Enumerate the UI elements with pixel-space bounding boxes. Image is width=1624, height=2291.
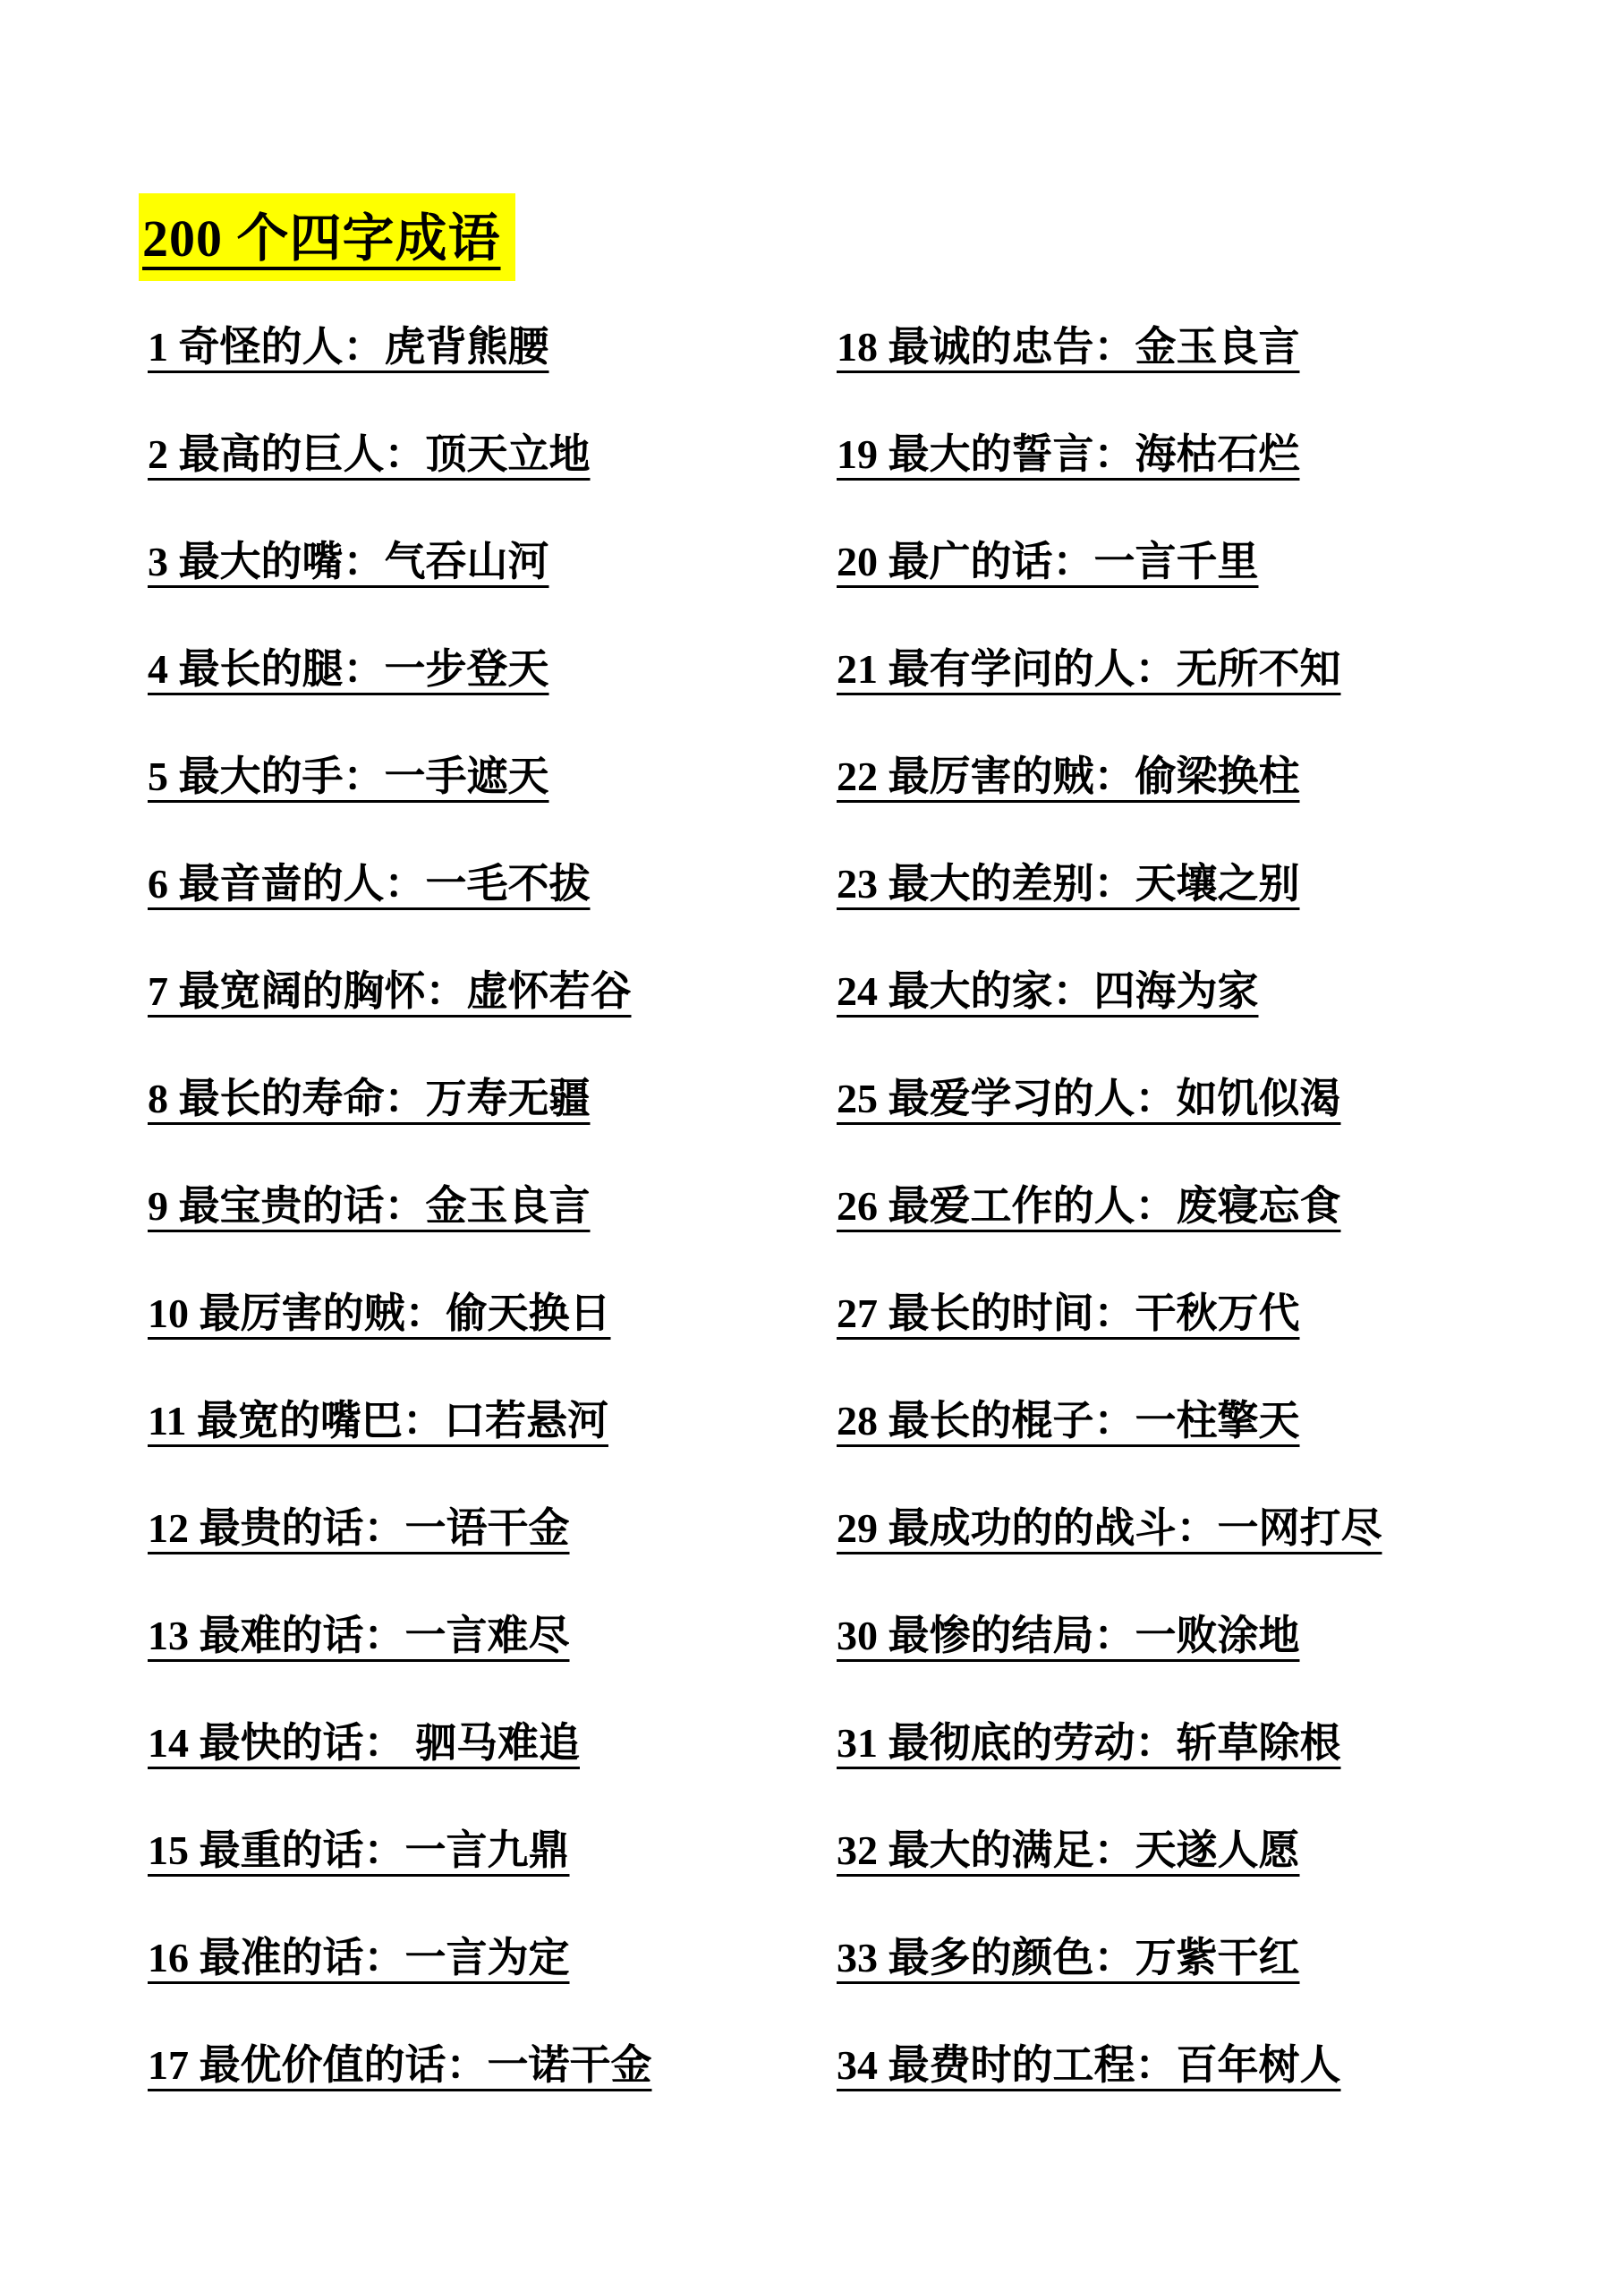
entry-text: 21 最有学问的人：无所不知 [837, 646, 1341, 692]
idiom-entry: 13 最难的话：一言难尽 [148, 1614, 917, 1657]
entry-text: 30 最惨的结局：一败涂地 [837, 1613, 1300, 1658]
idiom-entry: 18 最诚的忠告：金玉良言 [837, 326, 1606, 368]
idiom-entry: 32 最大的满足：天遂人愿 [837, 1829, 1606, 1871]
entry-text: 19 最大的誓言：海枯石烂 [837, 431, 1300, 477]
idiom-entry: 16 最准的话：一言为定 [148, 1937, 917, 1979]
entry-text: 8 最长的寿命：万寿无疆 [148, 1076, 591, 1121]
page-title: 200 个四字成语 [139, 193, 515, 281]
document-page: 200 个四字成语 1 奇怪的人：虎背熊腰 2 最高的巨人：顶天立地 3 最大的… [0, 0, 1624, 2291]
idiom-entry: 27 最长的时间：干秋万代 [837, 1292, 1606, 1334]
idiom-entry: 5 最大的手：一手遮天 [148, 755, 917, 797]
idiom-entry: 4 最长的腿：一步登天 [148, 648, 917, 690]
entry-text: 23 最大的差别：天壤之别 [837, 861, 1300, 907]
idiom-entry: 24 最大的家：四海为家 [837, 970, 1606, 1012]
idiom-entry: 33 最多的颜色：万紫干红 [837, 1937, 1606, 1979]
entry-text: 16 最准的话：一言为定 [148, 1935, 570, 1980]
entry-text: 24 最大的家：四海为家 [837, 968, 1259, 1014]
idiom-entry: 23 最大的差别：天壤之别 [837, 863, 1606, 905]
entry-text: 31 最彻底的劳动：斩草除根 [837, 1720, 1341, 1766]
page-title-highlight: 200 个四字成语 [139, 193, 515, 281]
idiom-entry: 30 最惨的结局：一败涂地 [837, 1614, 1606, 1657]
entry-text: 17 最优价值的话：一诺干金 [148, 2042, 652, 2088]
entry-text: 2 最高的巨人：顶天立地 [148, 431, 591, 477]
idiom-entry: 21 最有学问的人：无所不知 [837, 648, 1606, 690]
idiom-entry: 3 最大的嘴：气吞山河 [148, 541, 917, 583]
idiom-entry: 19 最大的誓言：海枯石烂 [837, 433, 1606, 475]
idiom-entry: 10 最厉害的贼：偷天换日 [148, 1292, 917, 1334]
entry-text: 13 最难的话：一言难尽 [148, 1613, 570, 1658]
entry-text: 3 最大的嘴：气吞山河 [148, 539, 549, 584]
entry-text: 32 最大的满足：天遂人愿 [837, 1827, 1300, 1873]
entry-text: 29 最成功的的战斗：一网打尽 [837, 1505, 1382, 1551]
entry-text: 9 最宝贵的话：金玉良言 [148, 1183, 591, 1229]
idiom-entry: 2 最高的巨人：顶天立地 [148, 433, 917, 475]
entry-text: 4 最长的腿：一步登天 [148, 646, 549, 692]
entry-text: 34 最费时的工程：百年树人 [837, 2042, 1341, 2088]
idioms-right-column: 18 最诚的忠告：金玉良言 19 最大的誓言：海枯石烂 20 最广的话：一言千里… [837, 326, 1606, 2151]
idiom-entry: 11 最宽的嘴巴：口若悬河 [148, 1400, 917, 1442]
idiom-entry: 7 最宽阔的胸怀：虚怀若谷 [148, 970, 917, 1012]
entry-text: 7 最宽阔的胸怀：虚怀若谷 [148, 968, 632, 1014]
entry-text: 28 最长的棍子：一柱擎天 [837, 1398, 1300, 1444]
entry-text: 26 最爱工作的人：废寝忘食 [837, 1183, 1341, 1229]
idiom-entry: 1 奇怪的人：虎背熊腰 [148, 326, 917, 368]
idiom-entry: 15 最重的话：一言九鼎 [148, 1829, 917, 1871]
entry-text: 15 最重的话：一言九鼎 [148, 1827, 570, 1873]
entry-text: 20 最广的话：一言千里 [837, 539, 1259, 584]
idiom-entry: 22 最厉害的贼：偷梁换柱 [837, 755, 1606, 797]
idiom-entry: 17 最优价值的话：一诺干金 [148, 2044, 917, 2086]
idiom-entry: 25 最爱学习的人：如饥似渴 [837, 1077, 1606, 1120]
entry-text: 6 最音啬的人：一毛不拔 [148, 861, 591, 907]
idiom-entry: 34 最费时的工程：百年树人 [837, 2044, 1606, 2086]
idiom-entry: 8 最长的寿命：万寿无疆 [148, 1077, 917, 1120]
entry-text: 11 最宽的嘴巴：口若悬河 [148, 1398, 608, 1444]
idioms-left-column: 1 奇怪的人：虎背熊腰 2 最高的巨人：顶天立地 3 最大的嘴：气吞山河 4 最… [148, 326, 917, 2151]
idiom-entry: 6 最音啬的人：一毛不拔 [148, 863, 917, 905]
entry-text: 14 最快的话： 驷马难追 [148, 1720, 580, 1766]
entry-text: 25 最爱学习的人：如饥似渴 [837, 1076, 1341, 1121]
idiom-entry: 12 最贵的话：一语干金 [148, 1507, 917, 1549]
idiom-entry: 9 最宝贵的话：金玉良言 [148, 1185, 917, 1227]
entry-text: 27 最长的时间：干秋万代 [837, 1290, 1300, 1336]
idiom-entry: 14 最快的话： 驷马难追 [148, 1722, 917, 1764]
idiom-entry: 28 最长的棍子：一柱擎天 [837, 1400, 1606, 1442]
entry-text: 1 奇怪的人：虎背熊腰 [148, 324, 549, 370]
entry-text: 12 最贵的话：一语干金 [148, 1505, 570, 1551]
idiom-entry: 31 最彻底的劳动：斩草除根 [837, 1722, 1606, 1764]
idiom-entry: 29 最成功的的战斗：一网打尽 [837, 1507, 1606, 1549]
entry-text: 33 最多的颜色：万紫干红 [837, 1935, 1300, 1980]
idiom-entry: 20 最广的话：一言千里 [837, 541, 1606, 583]
entry-text: 22 最厉害的贼：偷梁换柱 [837, 754, 1300, 799]
entry-text: 5 最大的手：一手遮天 [148, 754, 549, 799]
idiom-entry: 26 最爱工作的人：废寝忘食 [837, 1185, 1606, 1227]
entry-text: 10 最厉害的贼：偷天换日 [148, 1290, 611, 1336]
entry-text: 18 最诚的忠告：金玉良言 [837, 324, 1300, 370]
